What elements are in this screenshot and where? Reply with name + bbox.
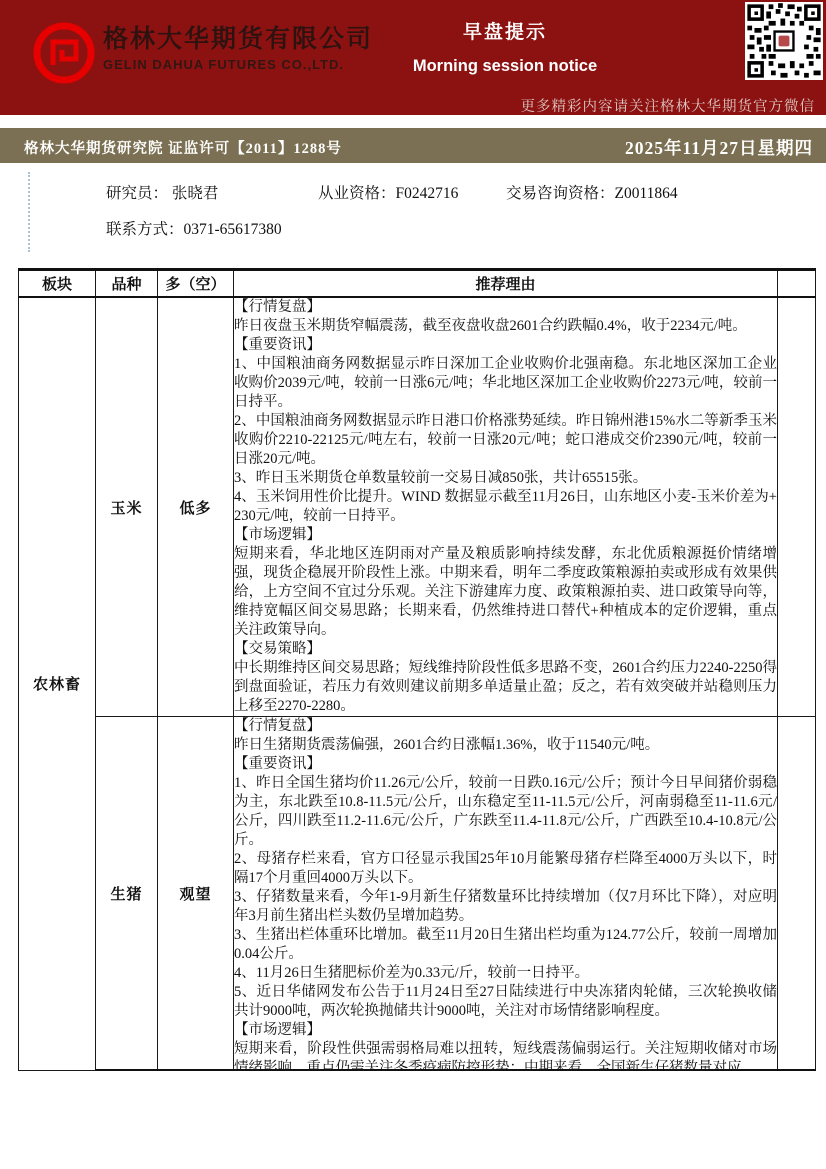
paragraph: 【重要资讯】 xyxy=(234,755,777,774)
notice-title-cn: 早盘提示 xyxy=(360,17,650,44)
sector-cell: 农林畜 xyxy=(19,297,96,1070)
paragraph: 短期来看，华北地区连阴雨对产量及粮质影响持续发酵，东北优质粮源挺价情绪增强，现货… xyxy=(234,545,777,640)
paragraph: 【市场逻辑】 xyxy=(234,526,777,545)
extra-cell-corn xyxy=(778,297,816,717)
morning-notice-page: 格林大华期货有限公司 GELIN DAHUA FUTURES CO.,LTD. … xyxy=(0,0,826,1169)
reason-text-corn: 【行情复盘】昨日夜盘玉米期货窄幅震荡，截至夜盘收盘2601合约跌幅0.4%，收于… xyxy=(234,298,777,716)
col-header-stance: 多（空） xyxy=(158,270,234,298)
paragraph: 5、近日华储网发布公告于11月24日至27日陆续进行中央冻猪肉轮储，三次轮换收储… xyxy=(234,983,777,1021)
wechat-note: 更多精彩内容请关注格林大华期货官方微信 xyxy=(521,95,816,116)
paragraph: 【重要资讯】 xyxy=(234,336,777,355)
stance-cell-corn: 低多 xyxy=(158,297,234,717)
extra-cell-hog xyxy=(778,717,816,1071)
paragraph: 3、仔猪数量来看，今年1-9月新生仔猪数量环比持续增加（仅7月环比下降），对应明… xyxy=(234,888,777,926)
paragraph: 4、11月26日生猪肥标价差为0.33元/斤，较前一日持平。 xyxy=(234,964,777,983)
paragraph: 【行情复盘】 xyxy=(234,717,777,736)
company-brand: 格林大华期货有限公司 GELIN DAHUA FUTURES CO.,LTD. xyxy=(103,25,373,72)
researcher-contact: 联系方式：0371-65617380 xyxy=(106,217,282,239)
table-row-corn: 农林畜 玉米 低多 【行情复盘】昨日夜盘玉米期货窄幅震荡，截至夜盘收盘2601合… xyxy=(19,297,816,717)
notice-title-block: 早盘提示 Morning session notice xyxy=(360,17,650,76)
paragraph: 2、母猪存栏来看，官方口径显示我国25年10月能繁母猪存栏降至4000万头以下，… xyxy=(234,850,777,888)
institute-license: 格林大华期货研究院 证监许可【2011】1288号 xyxy=(24,137,342,158)
masthead: 格林大华期货有限公司 GELIN DAHUA FUTURES CO.,LTD. … xyxy=(0,0,826,115)
col-header-extra xyxy=(778,270,816,298)
paragraph: 中长期维持区间交易思路；短线维持阶段性低多思路不变，2601合约压力2240-2… xyxy=(234,659,777,716)
paragraph: 2、中国粮油商务网数据显示昨日港口价格涨势延续。昨日锦州港15%水二等新季玉米收… xyxy=(234,412,777,469)
institute-bar: 格林大华期货研究院 证监许可【2011】1288号 2025年11月27日星期四 xyxy=(0,128,826,163)
paragraph: 【市场逻辑】 xyxy=(234,1021,777,1040)
report-date: 2025年11月27日星期四 xyxy=(625,135,813,160)
company-name-cn: 格林大华期货有限公司 xyxy=(103,25,373,53)
researcher-info: 研究员： 张晓君 从业资格：F0242716 交易咨询资格：Z0011864 联… xyxy=(106,181,766,239)
variety-cell-hog: 生猪 xyxy=(96,717,158,1071)
table-row-hog: 生猪 观望 【行情复盘】昨日生猪期货震荡偏强，2601合约日涨幅1.36%，收于… xyxy=(19,717,816,1071)
researcher-advisory-no: 交易咨询资格：Z0011864 xyxy=(506,181,678,203)
table-header-row: 板块 品种 多（空） 推荐理由 xyxy=(19,270,816,298)
stance-cell-hog: 观望 xyxy=(158,717,234,1071)
col-header-variety: 品种 xyxy=(96,270,158,298)
company-name-en: GELIN DAHUA FUTURES CO.,LTD. xyxy=(103,57,373,72)
margin-guide-line xyxy=(28,172,30,252)
paragraph: 昨日夜盘玉米期货窄幅震荡，截至夜盘收盘2601合约跌幅0.4%，收于2234元/… xyxy=(234,317,777,336)
reason-text-hog: 【行情复盘】昨日生猪期货震荡偏强，2601合约日涨幅1.36%，收于11540元… xyxy=(234,717,777,1069)
variety-cell-corn: 玉米 xyxy=(96,297,158,717)
paragraph: 短期来看，阶段性供强需弱格局难以扭转，短线震荡偏弱运行。关注短期收储对市场情绪影… xyxy=(234,1040,777,1069)
notice-title-en: Morning session notice xyxy=(360,57,650,76)
paragraph: 3、生猪出栏体重环比增加。截至11月20日生猪出栏均重为124.77公斤，较前一… xyxy=(234,926,777,964)
company-logo-icon xyxy=(32,21,96,85)
recommendation-table: 板块 品种 多（空） 推荐理由 农林畜 玉米 低多 【行情复盘】昨日夜盘玉米期货… xyxy=(18,268,816,1071)
paragraph: 【行情复盘】 xyxy=(234,298,777,317)
paragraph: 1、昨日全国生猪均价11.26元/公斤，较前一日跌0.16元/公斤；预计今日早间… xyxy=(234,774,777,850)
reason-cell-hog: 【行情复盘】昨日生猪期货震荡偏强，2601合约日涨幅1.36%，收于11540元… xyxy=(234,717,778,1071)
wechat-qr-code xyxy=(745,2,823,80)
researcher-qualification: 从业资格：F0242716 xyxy=(318,181,458,203)
paragraph: 3、昨日玉米期货仓单数量较前一交易日减850张，共计65515张。 xyxy=(234,469,777,488)
col-header-reason: 推荐理由 xyxy=(234,270,778,298)
col-header-sector: 板块 xyxy=(19,270,96,298)
paragraph: 1、中国粮油商务网数据显示昨日深加工企业收购价北强南稳。东北地区深加工企业收购价… xyxy=(234,355,777,412)
reason-cell-corn: 【行情复盘】昨日夜盘玉米期货窄幅震荡，截至夜盘收盘2601合约跌幅0.4%，收于… xyxy=(234,297,778,717)
paragraph: 【交易策略】 xyxy=(234,640,777,659)
paragraph: 4、玉米饲用性价比提升。WIND 数据显示截至11月26日，山东地区小麦-玉米价… xyxy=(234,488,777,526)
researcher-name: 研究员： 张晓君 xyxy=(106,181,218,203)
paragraph: 昨日生猪期货震荡偏强，2601合约日涨幅1.36%，收于11540元/吨。 xyxy=(234,736,777,755)
